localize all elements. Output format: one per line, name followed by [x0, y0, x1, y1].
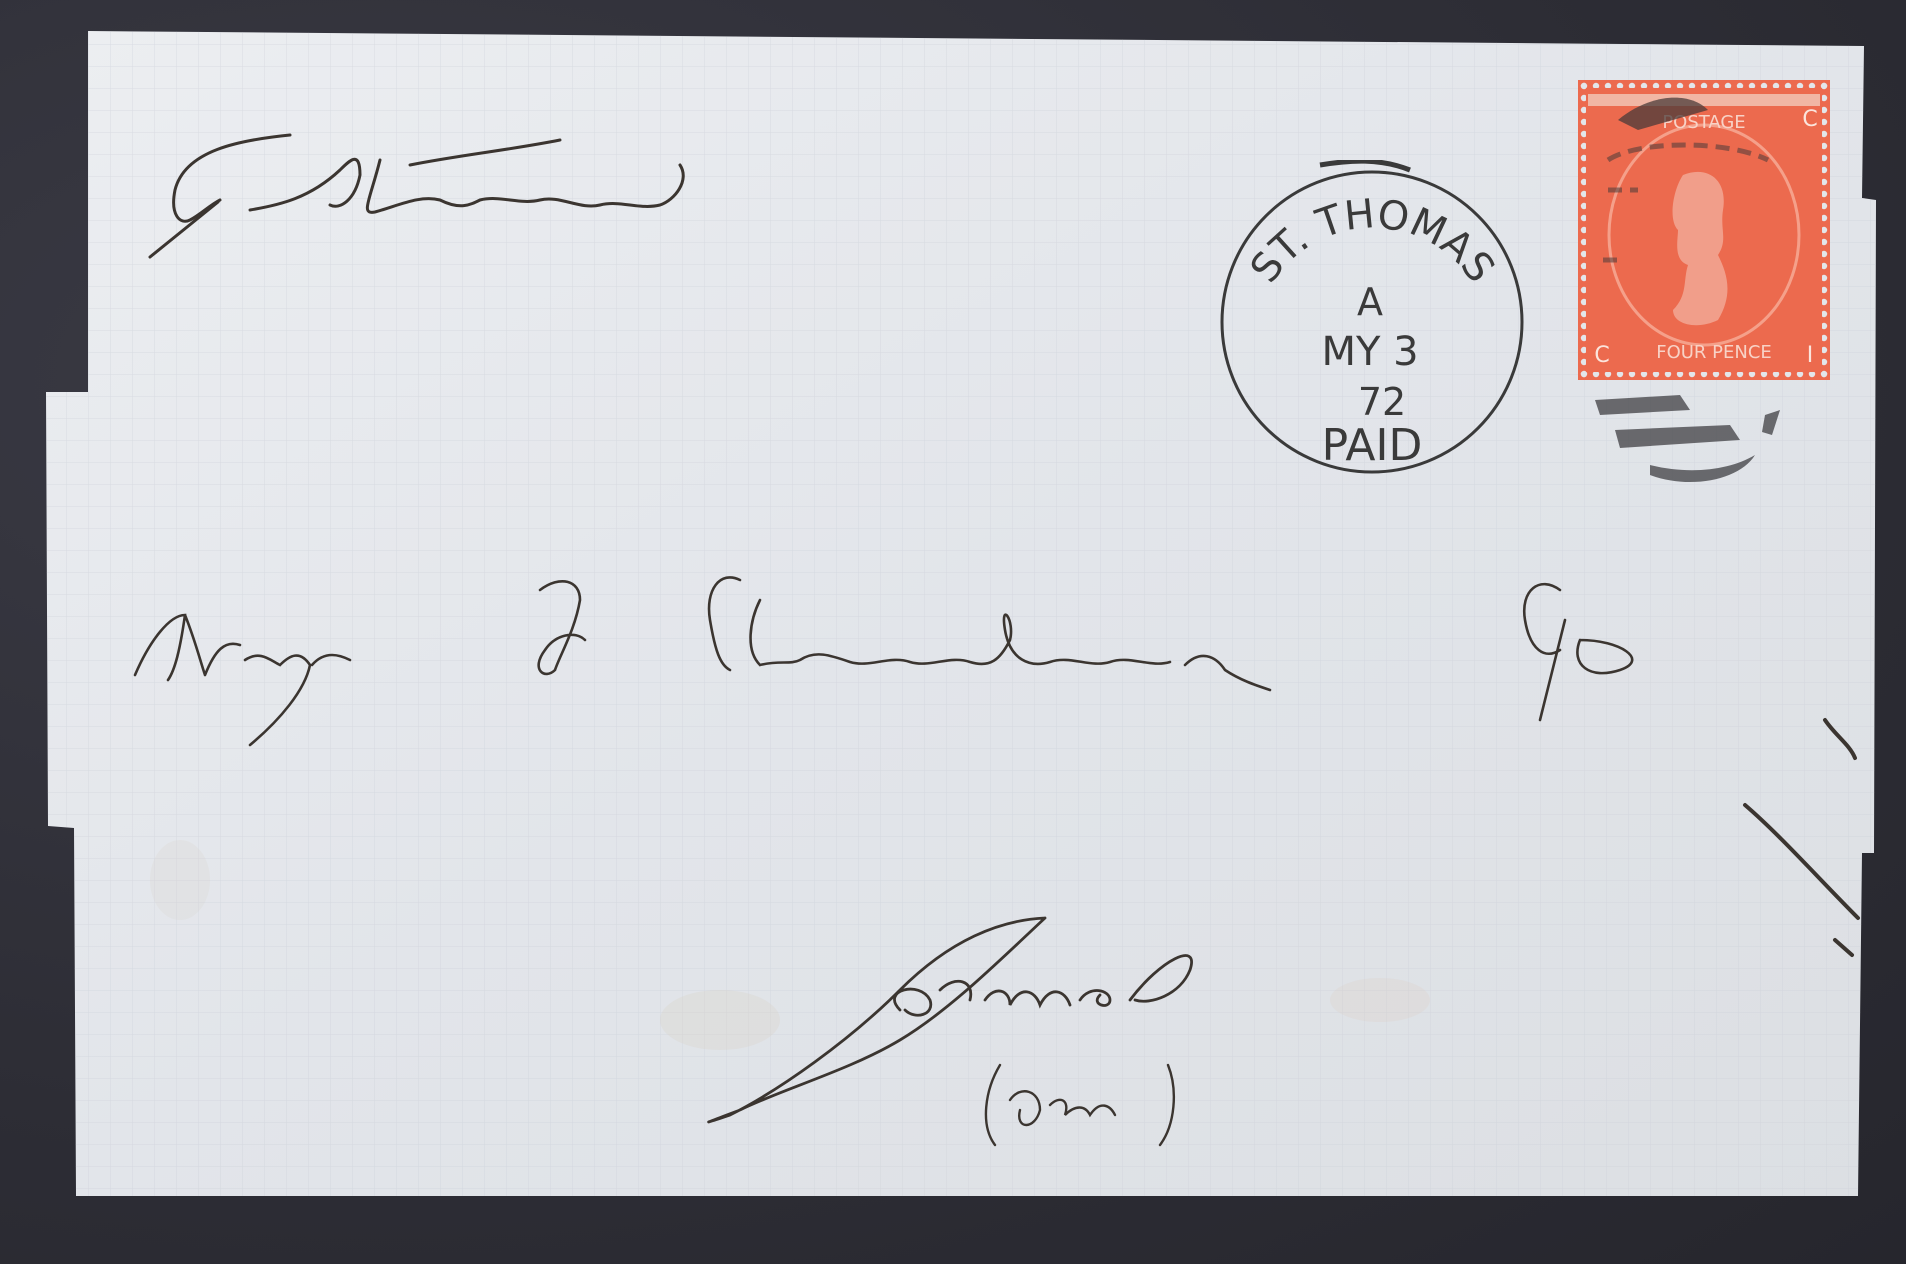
stamp-corner-bl: C	[1594, 343, 1609, 368]
stamp-value-text: FOUR PENCE	[1656, 342, 1772, 363]
postmark-date: MY 3	[1321, 329, 1418, 375]
queen-profile-icon	[1673, 172, 1728, 325]
st-thomas-postmark: ST. THOMAS A MY 3 72 PAID	[1210, 160, 1530, 480]
numeral-cancel	[1540, 380, 1800, 500]
stamp-corner-br: I	[1807, 343, 1814, 368]
four-pence-stamp: POSTAGE FOUR PENCE C C I	[1578, 80, 1830, 380]
stamp-corner-tr: C	[1802, 107, 1817, 132]
letter-cover: ST. THOMAS A MY 3 72 PAID POSTAGE	[0, 0, 1906, 1264]
postmark-code: A	[1357, 280, 1383, 324]
postmark-bottom-text: PAID	[1322, 420, 1423, 471]
postmark-top-text: ST. THOMAS	[1242, 191, 1503, 291]
postmark-year: 72	[1358, 380, 1406, 424]
